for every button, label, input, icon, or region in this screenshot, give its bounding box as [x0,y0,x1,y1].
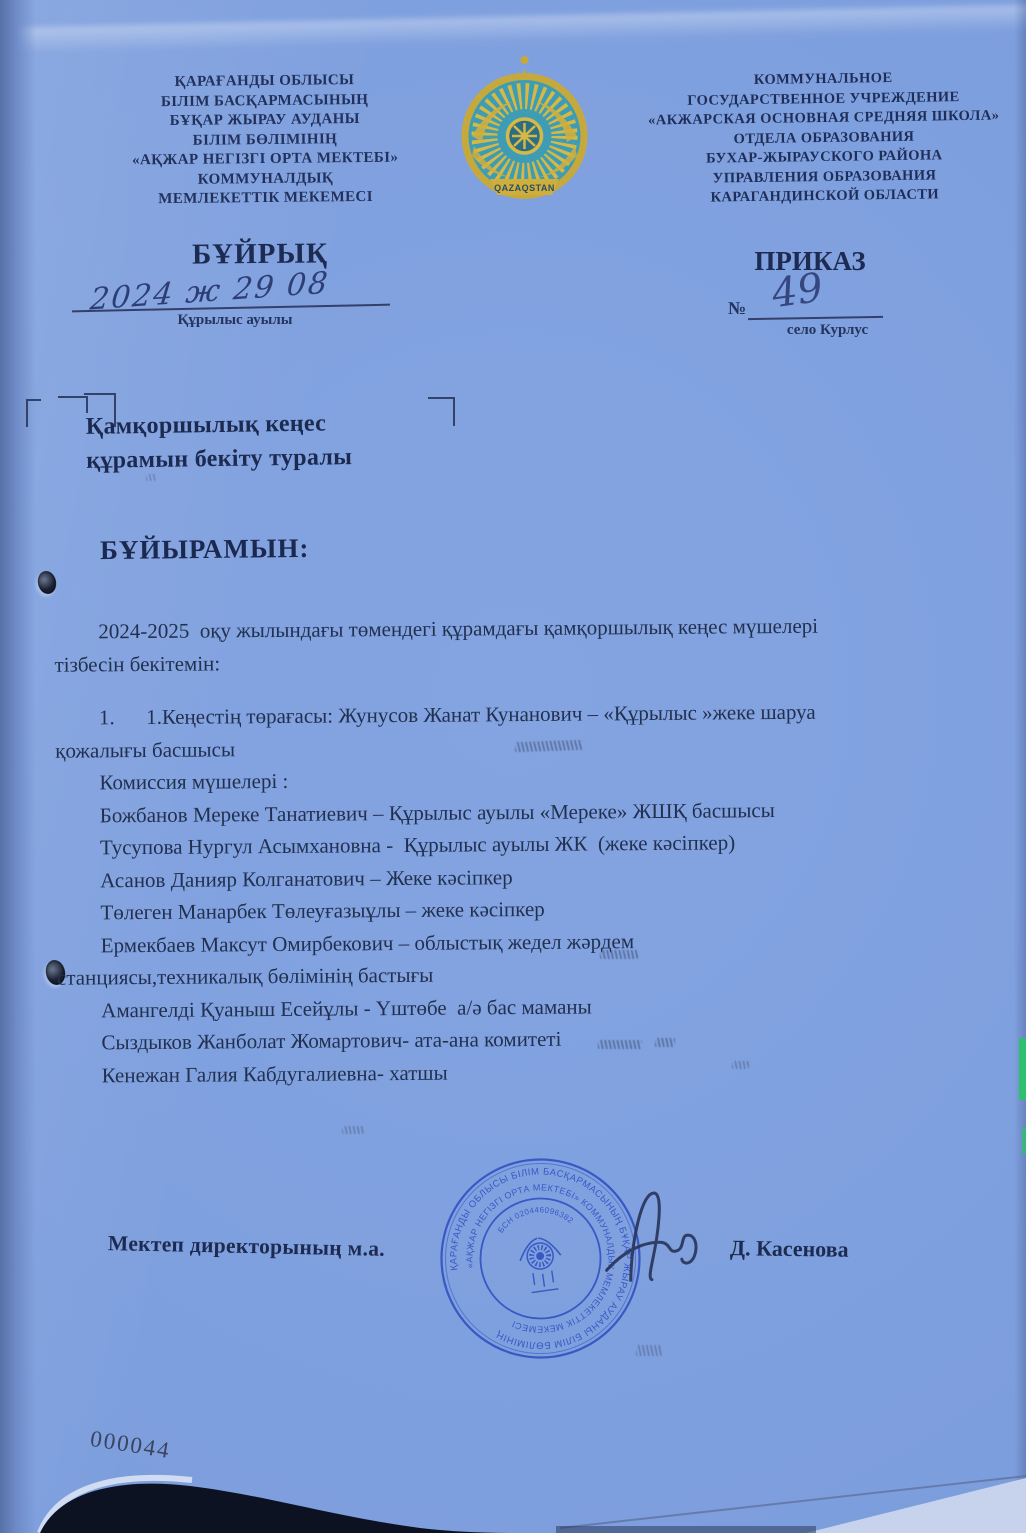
corner-mark [428,397,455,426]
body-item: Кенежан Галия Кабдугалиевна- хатшы [58,1052,1006,1092]
under-surface [806,1478,1026,1533]
order-subject-line2: құрамын бекіту туралы [86,440,352,478]
order-subject-line1: Қамқоршылық кеңес [86,406,352,444]
org-left-line: МЕМЛЕКЕТТІК МЕКЕМЕСІ [71,187,461,211]
order-number-label: № [728,298,746,319]
handwritten-order-number: 49 [769,265,826,318]
decree-word: БҰЙЫРАМЫН: [100,533,310,566]
handwritten-signature [553,1148,727,1322]
page-left-edge-shadow [0,0,36,1533]
corner-mark [26,399,41,427]
ink-smudge [146,474,156,481]
ink-smudge [342,1126,364,1134]
stamp-center-emblem [517,1235,565,1293]
signer-role: Мектеп директорының м.а. [108,1231,385,1262]
number-underline [748,316,883,320]
place-russian: село Курлус [765,322,890,339]
ink-smudge [655,1038,675,1047]
org-right-line: КАРАГАНДИНСКОЙ ОБЛАСТИ [626,184,1024,209]
order-body: 2024-2025 оқу жылындағы төмендегі құрамд… [54,608,1006,1091]
emblem-banner-text: QAZAQSTAN [494,183,555,193]
order-subject: Қамқоршылық кеңес құрамын бекіту туралы [86,406,353,478]
place-kazakh: Құрылыс ауылы [150,312,320,329]
scanned-order-document: ҚАРАҒАНДЫ ОБЛЫСЫ БІЛІМ БАСҚАРМАСЫНЫҢ БҰҚ… [0,0,1026,1533]
background-green-strip-small [1022,1128,1026,1154]
page-bottom-curl [0,1420,1026,1533]
kazakhstan-emblem-icon: QAZAQSTAN [452,46,597,204]
ink-smudge [598,1040,642,1049]
ink-smudge [732,1061,749,1069]
org-name-russian: КОММУНАЛЬНОЕ ГОСУДАРСТВЕННОЕ УЧРЕЖДЕНИЕ … [624,67,1024,209]
signer-name: Д. Касенова [730,1235,849,1263]
org-name-kazakh: ҚАРАҒАНДЫ ОБЛЫСЫ БІЛІМ БАСҚАРМАСЫНЫҢ БҰҚ… [69,70,460,211]
page-right-edge-shadow [1014,0,1026,1533]
background-green-strip [1019,1038,1026,1100]
order-title-kazakh: БҰЙРЫҚ [150,237,370,272]
punch-hole-top [36,569,58,595]
ink-smudge [600,950,638,959]
